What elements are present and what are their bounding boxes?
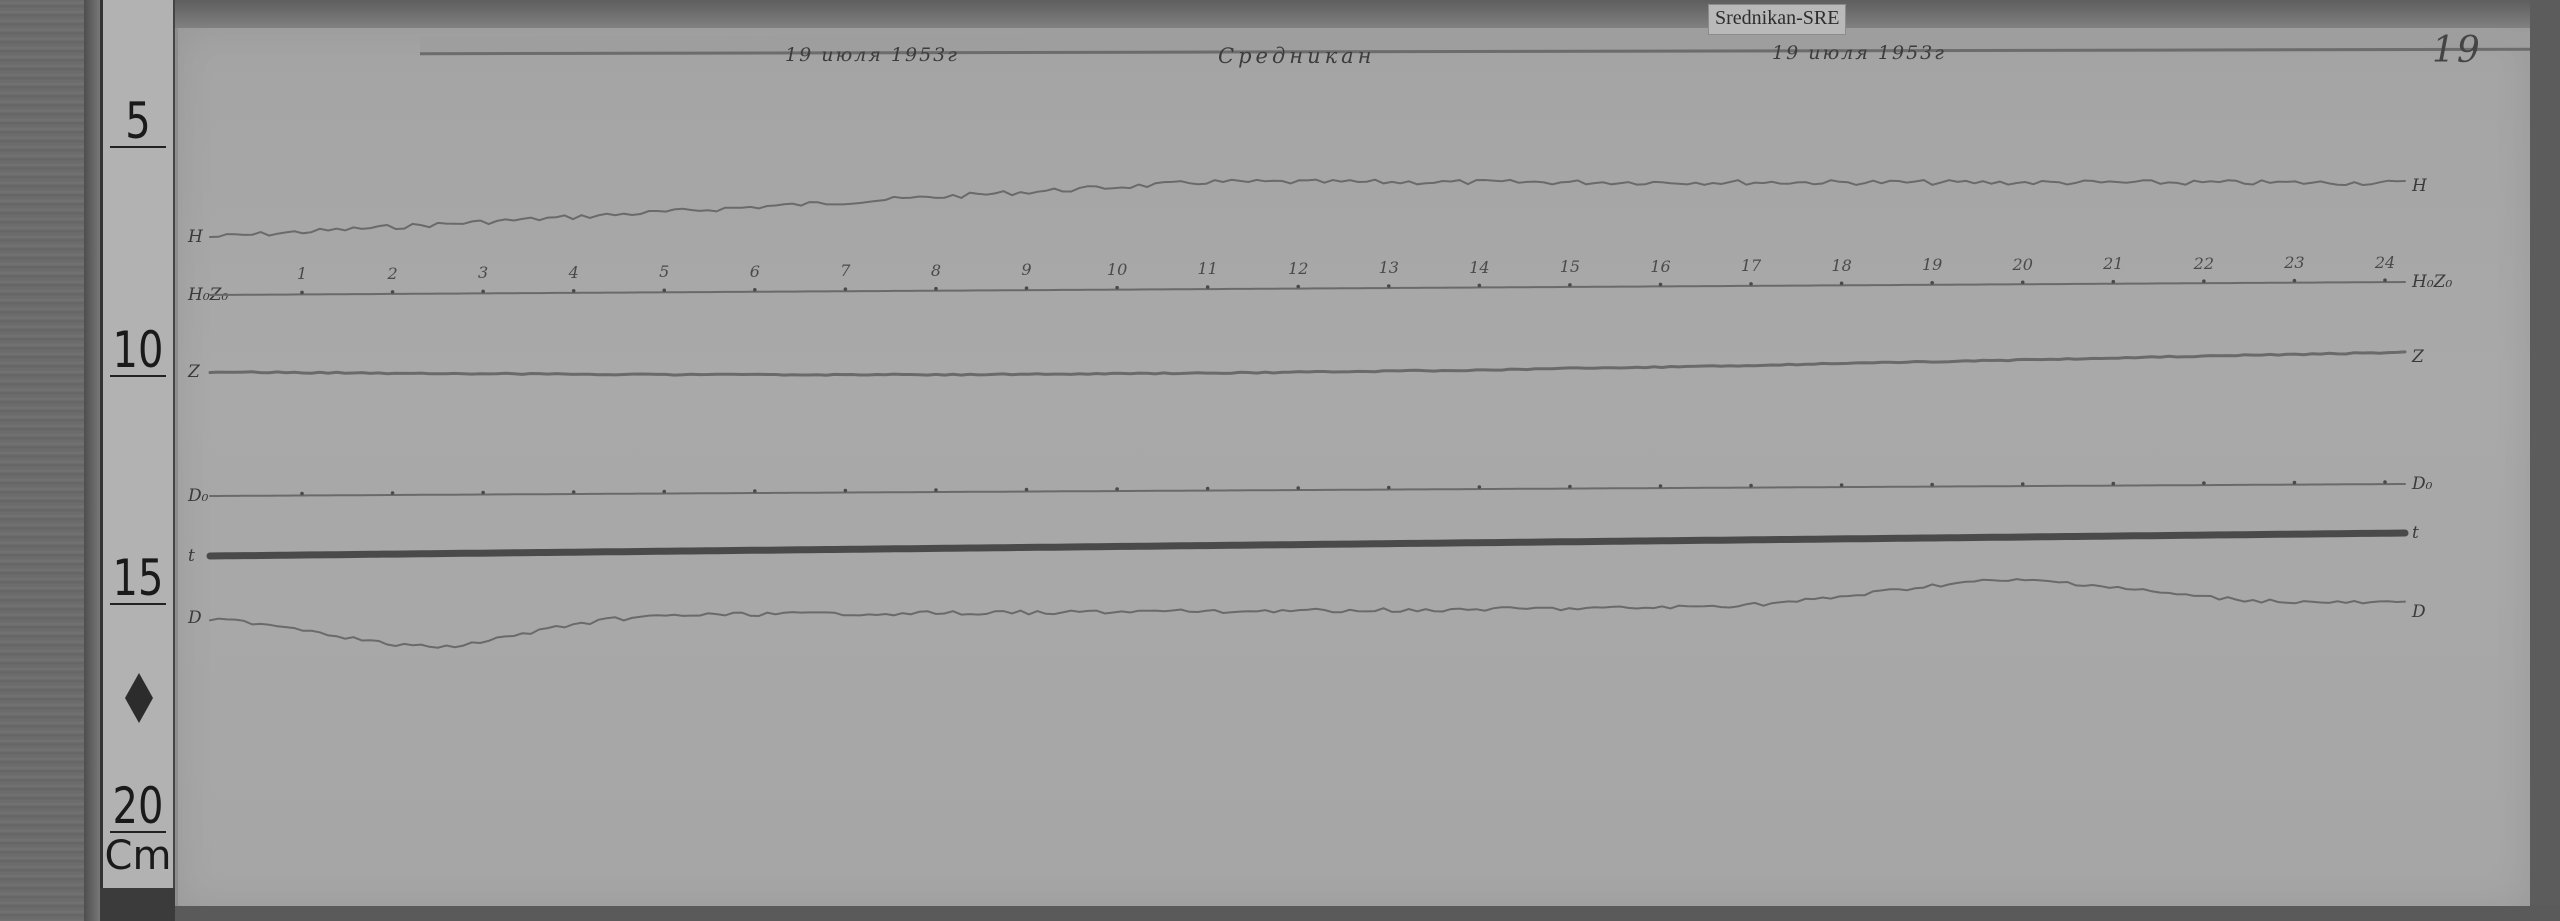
trace-t: [210, 533, 2405, 556]
hour-tick-mark: [1387, 284, 1391, 288]
hour-tick-mark: [1659, 484, 1663, 488]
hour-tick-mark: [1296, 285, 1300, 289]
hour-tick-mark: [481, 290, 485, 294]
hour-tick-mark: [391, 491, 395, 495]
hour-tick-mark: [1749, 484, 1753, 488]
hour-tick-mark: [2021, 482, 2025, 486]
hour-tick-mark: [1749, 282, 1753, 286]
hour-tick-mark: [1478, 485, 1482, 489]
hour-tick-mark: [300, 291, 304, 295]
trace-canvas: [0, 0, 2560, 921]
hour-tick-mark: [300, 492, 304, 496]
hour-tick-mark: [1025, 286, 1029, 290]
hour-tick-mark: [753, 288, 757, 292]
hour-tick-mark: [2112, 280, 2116, 284]
hour-tick-mark: [1206, 285, 1210, 289]
hour-tick-mark: [2202, 279, 2206, 283]
hour-tick-mark: [1115, 487, 1119, 491]
hour-tick-mark: [2021, 280, 2025, 284]
hour-tick-mark: [1930, 483, 1934, 487]
hour-tick-mark: [2383, 480, 2387, 484]
hour-tick-mark: [844, 287, 848, 291]
hour-tick-mark: [2202, 481, 2206, 485]
hour-tick-mark: [1387, 486, 1391, 490]
trace-D0: [210, 484, 2405, 496]
hour-tick-mark: [391, 290, 395, 294]
hour-tick-mark: [1840, 282, 1844, 286]
hour-tick-mark: [1659, 283, 1663, 287]
hour-tick-mark: [662, 289, 666, 293]
hour-tick-mark: [1840, 483, 1844, 487]
hour-tick-mark: [1115, 286, 1119, 290]
hour-tick-mark: [481, 491, 485, 495]
trace-H: [210, 180, 2405, 237]
hour-tick-mark: [1568, 485, 1572, 489]
hour-tick-mark: [2383, 278, 2387, 282]
hour-tick-mark: [1930, 281, 1934, 285]
hour-tick-mark: [844, 489, 848, 493]
hour-tick-mark: [1206, 487, 1210, 491]
trace-Z: [210, 352, 2405, 375]
hour-tick-mark: [2293, 481, 2297, 485]
hour-tick-mark: [753, 489, 757, 493]
hour-tick-mark: [1296, 486, 1300, 490]
hour-tick-mark: [572, 490, 576, 494]
trace-D: [210, 579, 2405, 648]
hour-tick-mark: [2112, 482, 2116, 486]
hour-tick-mark: [2293, 279, 2297, 283]
hour-tick-mark: [1025, 488, 1029, 492]
hour-tick-mark: [1478, 284, 1482, 288]
hour-tick-mark: [662, 490, 666, 494]
hour-tick-mark: [1568, 283, 1572, 287]
hour-tick-mark: [934, 488, 938, 492]
trace-H0Z0: [210, 282, 2405, 295]
hour-tick-mark: [572, 289, 576, 293]
hour-tick-mark: [934, 287, 938, 291]
